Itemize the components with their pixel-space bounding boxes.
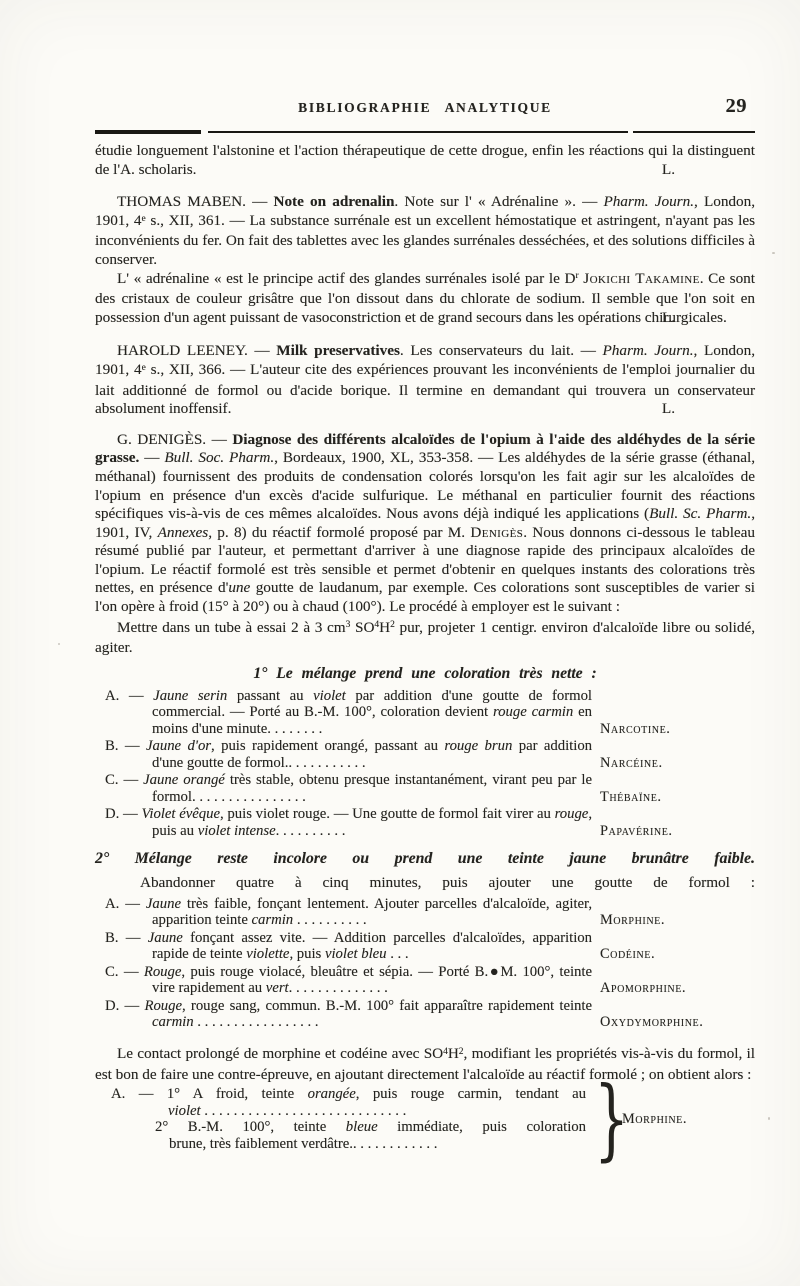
alkaloid-name: Narcéine. <box>600 755 663 772</box>
signature-initial: L. <box>662 309 675 328</box>
header-rule <box>95 130 755 134</box>
paragraph-text: G. DENIGÈS. — Diagnose des différents al… <box>95 431 755 615</box>
reaction-item: A. — Jaune serin passant au violet par a… <box>105 688 592 738</box>
reaction-text: B. — Jaune fonçant assez vite. — Additio… <box>105 930 592 963</box>
counterproof-line: brune, très faiblement verdâtre.. . . . … <box>111 1136 586 1153</box>
signature-initial: L. <box>662 400 675 419</box>
entry-leeney: HAROLD LEENEY. — Milk preservatives. Les… <box>95 342 755 418</box>
alkaloid-name: Narcotine. <box>600 721 670 738</box>
curly-brace: } <box>594 1086 608 1152</box>
reaction-item: D. — Violet évêque, puis violet rouge. —… <box>105 806 592 839</box>
reaction-text: D. — Violet évêque, puis violet rouge. —… <box>105 806 592 839</box>
instruction-line: Abandonner quatre à cinq minutes, puis a… <box>140 874 755 893</box>
reaction-text: C. — Jaune orangé très stable, obtenu pr… <box>105 772 592 805</box>
paragraph-text: L' « adrénaline « est le principe actif … <box>95 270 755 326</box>
section-heading-2: 2° Mélange reste incolore ou prend une t… <box>95 849 755 869</box>
scan-speck <box>58 643 60 645</box>
alkaloid-name: Morphine. <box>622 1086 687 1152</box>
rule-segment <box>95 130 201 134</box>
paragraph-text: HAROLD LEENEY. — Milk preservatives. Les… <box>95 342 755 417</box>
reaction-text: B. — Jaune d'or, puis rapidement orangé,… <box>105 738 592 771</box>
reaction-table-1: A. — Jaune serin passant au violet par a… <box>95 688 755 840</box>
procedure-paragraph: Mettre dans un tube à essai 2 à 3 cm3 SO… <box>95 619 755 658</box>
entry-maben-abstract: L' « adrénaline « est le principe actif … <box>95 270 755 328</box>
reaction-item: B. — Jaune d'or, puis rapidement orangé,… <box>105 738 592 771</box>
reaction-item: D. — Rouge, rouge sang, commun. B.-M. 10… <box>105 998 592 1031</box>
alkaloid-name: Apomorphine. <box>600 980 686 997</box>
counterproof-line: violet . . . . . . . . . . . . . . . . .… <box>111 1103 586 1120</box>
counterproof-item: A. — 1° A froid, teinte orangée, puis ro… <box>111 1086 755 1152</box>
page-number: 29 <box>726 95 748 118</box>
reaction-item: C. — Jaune orangé très stable, obtenu pr… <box>105 772 592 805</box>
counterproof-line: A. — 1° A froid, teinte orangée, puis ro… <box>111 1086 586 1103</box>
reaction-text: D. — Rouge, rouge sang, commun. B.-M. 10… <box>105 998 592 1031</box>
contact-paragraph: Le contact prolongé de morphine et codéi… <box>95 1045 755 1084</box>
counterproof-line: 2° B.-M. 100°, teinte bleue immédiate, p… <box>111 1119 586 1136</box>
scan-speck <box>768 1117 770 1120</box>
alkaloid-name: Codéine. <box>600 946 655 963</box>
page-title: BIBLIOGRAPHIE ANALYTIQUE <box>95 100 755 116</box>
continuation-paragraph: étudie longuement l'alstonine et l'actio… <box>95 142 755 179</box>
paragraph-text: THOMAS MABEN. — Note on adrenalin. Note … <box>95 193 755 268</box>
reaction-text: A. — Jaune très faible, fonçant lentemen… <box>105 896 592 929</box>
alkaloid-name: Morphine. <box>600 912 665 929</box>
signature-initial: L. <box>662 161 675 180</box>
reaction-item: C. — Rouge, puis rouge violacé, bleuâtre… <box>105 964 592 997</box>
entry-deniges: G. DENIGÈS. — Diagnose des différents al… <box>95 431 755 617</box>
scanned-page: BIBLIOGRAPHIE ANALYTIQUE 29 étudie longu… <box>0 0 800 1286</box>
paragraph-text: étudie longuement l'alstonine et l'actio… <box>95 142 755 178</box>
alkaloid-name: Papavérine. <box>600 823 673 840</box>
rule-segment <box>208 131 628 134</box>
paragraph-text: Mettre dans un tube à essai 2 à 3 cm3 SO… <box>95 619 755 657</box>
alkaloid-name: Thébaïne. <box>600 789 662 806</box>
counterproof-lines: A. — 1° A froid, teinte orangée, puis ro… <box>111 1086 586 1152</box>
rule-segment <box>633 131 755 134</box>
reaction-text: C. — Rouge, puis rouge violacé, bleuâtre… <box>105 964 592 997</box>
running-header: BIBLIOGRAPHIE ANALYTIQUE 29 <box>95 100 755 120</box>
alkaloid-name: Oxydymorphine. <box>600 1014 703 1031</box>
section-heading-1: 1° Le mélange prend une coloration très … <box>95 664 755 683</box>
reaction-text: A. — Jaune serin passant au violet par a… <box>105 688 592 737</box>
reaction-item: B. — Jaune fonçant assez vite. — Additio… <box>105 930 592 963</box>
scan-speck <box>772 252 775 254</box>
reaction-table-2: A. — Jaune très faible, fonçant lentemen… <box>95 896 755 1031</box>
entry-maben-citation: THOMAS MABEN. — Note on adrenalin. Note … <box>95 193 755 269</box>
paragraph-text: Le contact prolongé de morphine et codéi… <box>95 1045 755 1083</box>
reaction-item: A. — Jaune très faible, fonçant lentemen… <box>105 896 592 929</box>
text-column: BIBLIOGRAPHIE ANALYTIQUE 29 étudie longu… <box>95 0 755 1152</box>
